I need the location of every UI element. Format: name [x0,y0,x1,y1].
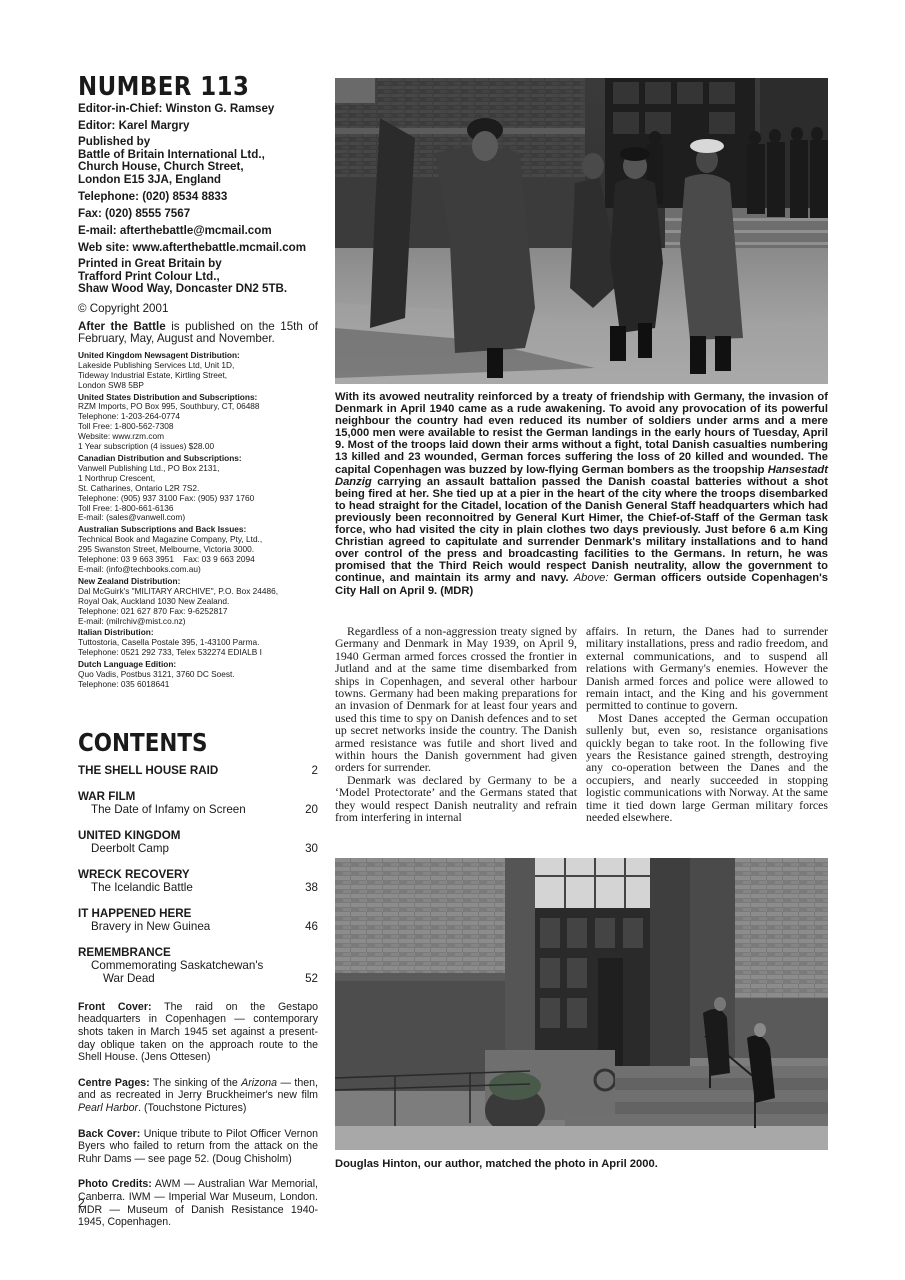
toc-entry[interactable]: IT HAPPENED HERE Bravery in New Guinea 4… [78,907,318,933]
distribution-italy: Italian Distribution: Tuttostoria, Casel… [78,628,318,658]
photo-credits: Photo Credits: AWM — Australian War Memo… [78,1178,318,1228]
photo-city-hall-2000 [335,858,828,1150]
toc-page-number: 2 [312,764,318,777]
distribution-us: United States Distribution and Subscript… [78,393,318,452]
page-number: 2 [78,1196,85,1210]
toc-page-number: 30 [305,842,318,855]
toc-article-continued: War Dead [78,972,318,985]
issue-title: NUMBER 113 [78,74,289,100]
toc-page-number: 46 [305,920,318,933]
centre-pages-note: Centre Pages: The sinking of the Arizona… [78,1077,318,1115]
article-paragraph: Denmark was declared by Germany to be a … [335,774,577,824]
email: E-mail: afterthebattle@mcmail.com [78,224,318,237]
toc-article: Deerbolt Camp [78,842,318,855]
contents-heading: CONTENTS [78,730,284,756]
distribution-uk: United Kingdom Newsagent Distribution: L… [78,351,318,391]
distribution-australia: Australian Subscriptions and Back Issues… [78,525,318,575]
article-paragraph: Regardless of a non-aggression treaty si… [335,625,577,774]
toc-section: UNITED KINGDOM [78,829,318,842]
article-column-1: Regardless of a non-aggression treaty si… [335,625,577,824]
toc-section: WAR FILM [78,790,318,803]
toc-entry[interactable]: UNITED KINGDOM Deerbolt Camp 30 [78,829,318,855]
publication-name: After the Battle [78,320,166,333]
back-cover-note: Back Cover: Unique tribute to Pilot Offi… [78,1128,318,1166]
toc-entry[interactable]: REMEMBRANCE Commemorating Saskatchewan's… [78,946,318,985]
distribution-new-zealand: New Zealand Distribution: Dal McGuirk's … [78,577,318,627]
toc-article: The Icelandic Battle [78,881,318,894]
publisher-address: Published by Battle of Britain Internati… [78,136,318,186]
editor: Editor: Karel Margry [78,119,318,132]
toc-article: Commemorating Saskatchewan's [78,959,318,972]
copyright: © Copyright 2001 [78,302,318,315]
toc-article: Bravery in New Guinea [78,920,318,933]
publication-schedule: After the Battle is published on the 15t… [78,321,318,346]
distribution-canada: Canadian Distribution and Subscriptions:… [78,454,318,523]
toc-page-number: 20 [305,803,318,816]
toc-entry[interactable]: WAR FILM The Date of Infamy on Screen 20 [78,790,318,816]
above-label: Above: [574,572,609,584]
toc-section: REMEMBRANCE [78,946,318,959]
photo-german-officers-1940 [335,78,828,384]
toc-page-number: 52 [305,972,318,985]
article-paragraph: affairs. In return, the Danes had to sur… [586,625,828,712]
distribution-list: United Kingdom Newsagent Distribution: L… [78,351,318,690]
left-column: NUMBER 113 Editor-in-Chief: Winston G. R… [78,74,318,1242]
distribution-dutch: Dutch Language Edition: Quo Vadis, Postb… [78,660,318,690]
fax: Fax: (020) 8555 7567 [78,207,318,220]
photo-image-icon [335,858,828,1150]
article-column-2: affairs. In return, the Danes had to sur… [586,625,828,824]
printer-info: Printed in Great Britain by Trafford Pri… [78,258,318,296]
telephone: Telephone: (020) 8534 8833 [78,190,318,203]
toc-section: IT HAPPENED HERE [78,907,318,920]
toc-entry[interactable]: WRECK RECOVERY The Icelandic Battle 38 [78,868,318,894]
front-cover-note: Front Cover: The raid on the Gestapo hea… [78,1001,318,1064]
toc-section: WRECK RECOVERY [78,868,318,881]
website: Web site: www.afterthebattle.mcmail.com [78,241,318,254]
photo-image-icon [335,78,828,384]
table-of-contents: THE SHELL HOUSE RAID 2 WAR FILM The Date… [78,764,318,985]
toc-page-number: 38 [305,881,318,894]
toc-article: The Date of Infamy on Screen [78,803,318,816]
article-paragraph: Most Danes accepted the German occupatio… [586,712,828,824]
toc-section: THE SHELL HOUSE RAID [78,764,318,777]
editor-in-chief: Editor-in-Chief: Winston G. Ramsey [78,102,318,115]
photo-caption-main: With its avowed neutrality reinforced by… [335,391,828,597]
toc-entry[interactable]: THE SHELL HOUSE RAID 2 [78,764,318,777]
photo-caption-bottom: Douglas Hinton, our author, matched the … [335,1158,828,1171]
